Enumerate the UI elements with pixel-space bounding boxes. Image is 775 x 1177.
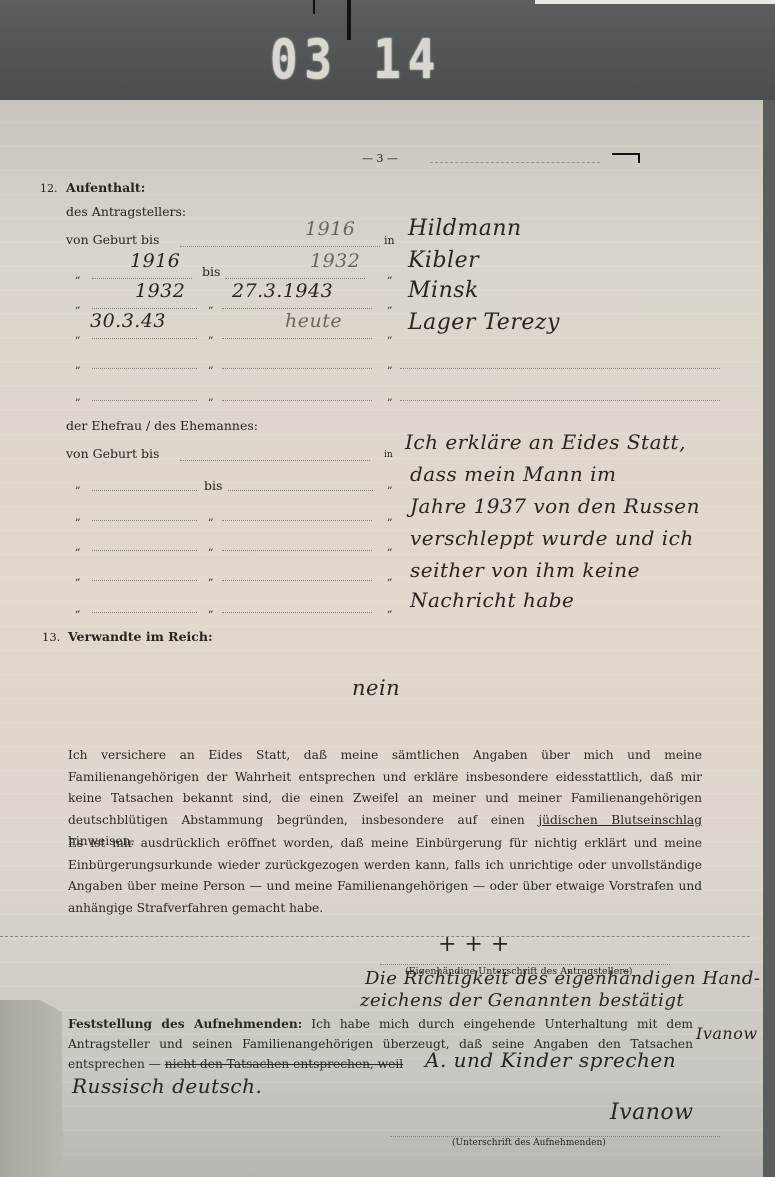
document-page: — 3 — 12. Aufenthalt: des Antragstellers… bbox=[0, 100, 763, 1177]
ditto-mark: „ bbox=[208, 298, 214, 311]
ditto-mark: „ bbox=[387, 478, 393, 491]
field-line bbox=[92, 550, 197, 551]
declaration-paragraph-2: Es ist mir ausdrücklich eröffnet worden,… bbox=[68, 833, 702, 919]
applicant-row-1-place: Hildmann bbox=[408, 216, 522, 241]
note-line: verschleppt wurde und ich bbox=[410, 526, 694, 550]
confirmation-note-line: zeichens der Genannten bestätigt bbox=[360, 990, 684, 1011]
declaration-underlined-text: jüdischen Blutseinschlag bbox=[538, 813, 702, 827]
applicant-row-3-to: 27.3.1943 bbox=[232, 280, 333, 302]
from-birth-label: von Geburt bis bbox=[66, 232, 159, 247]
film-edge bbox=[535, 0, 775, 4]
spouse-from-birth-label: von Geburt bis bbox=[66, 446, 159, 461]
film-marker bbox=[638, 153, 640, 163]
applicant-row-1-to: 1916 bbox=[305, 218, 355, 240]
ditto-mark: „ bbox=[208, 602, 214, 615]
field-line bbox=[92, 612, 197, 613]
film-marker bbox=[612, 153, 640, 155]
ditto-mark: „ bbox=[75, 298, 81, 311]
section-13-title: Verwandte im Reich: bbox=[68, 629, 213, 644]
section-12-title: Aufenthalt: bbox=[66, 180, 145, 195]
field-line bbox=[222, 368, 372, 369]
ditto-mark: „ bbox=[208, 570, 214, 583]
divider bbox=[430, 162, 600, 163]
field-line bbox=[180, 460, 370, 461]
field-line bbox=[92, 520, 197, 521]
note-line: Nachricht habe bbox=[410, 588, 574, 612]
ditto-mark: „ bbox=[75, 478, 81, 491]
ditto-mark: „ bbox=[75, 390, 81, 403]
frame-counter: 03 14 bbox=[270, 28, 442, 91]
applicant-row-4-from: 30.3.43 bbox=[90, 310, 166, 332]
field-line bbox=[92, 308, 197, 309]
field-line bbox=[92, 490, 197, 491]
section-II-handwritten-line: Russisch deutsch. bbox=[72, 1074, 262, 1098]
field-line bbox=[92, 580, 197, 581]
signature-line bbox=[380, 964, 670, 965]
ditto-mark: „ bbox=[387, 602, 393, 615]
page-number: — 3 — bbox=[362, 152, 398, 165]
ditto-mark: „ bbox=[75, 602, 81, 615]
applicant-row-3-place: Minsk bbox=[408, 278, 479, 303]
ditto-mark: „ bbox=[387, 390, 393, 403]
field-line bbox=[180, 246, 380, 247]
film-marker bbox=[313, 0, 315, 14]
field-line bbox=[222, 308, 372, 309]
note-line: dass mein Mann im bbox=[410, 462, 616, 486]
signature-line bbox=[390, 1136, 720, 1137]
ditto-mark: „ bbox=[387, 298, 393, 311]
field-line bbox=[92, 400, 197, 401]
official-signature: Ivanow bbox=[610, 1100, 693, 1125]
ditto-mark: „ bbox=[387, 570, 393, 583]
field-line bbox=[92, 278, 192, 279]
ditto-mark: „ bbox=[208, 540, 214, 553]
ditto-mark: „ bbox=[387, 328, 393, 341]
ditto-mark: „ bbox=[387, 510, 393, 523]
ditto-mark: „ bbox=[75, 358, 81, 371]
field-line bbox=[92, 338, 197, 339]
applicant-row-3-from: 1932 bbox=[135, 280, 185, 302]
field-line bbox=[222, 580, 372, 581]
note-line: Jahre 1937 von den Russen bbox=[410, 494, 700, 518]
bis-label: bis bbox=[204, 478, 222, 493]
ditto-mark: „ bbox=[208, 390, 214, 403]
section-II-title: Feststellung des Aufnehmenden: bbox=[68, 1017, 302, 1031]
section-II-handwritten-line: A. und Kinder sprechen bbox=[425, 1048, 676, 1072]
relatives-answer: nein bbox=[352, 676, 400, 700]
ditto-mark: „ bbox=[75, 510, 81, 523]
divider bbox=[0, 936, 750, 937]
ditto-mark: „ bbox=[208, 510, 214, 523]
ditto-mark: „ bbox=[75, 540, 81, 553]
field-line bbox=[228, 490, 373, 491]
field-line bbox=[222, 520, 372, 521]
margin-handwriting: Ivanow bbox=[696, 1024, 758, 1043]
confirmation-note-line: Die Richtigkeit des eigenhändigen Hand- bbox=[365, 968, 760, 989]
ditto-mark: „ bbox=[387, 358, 393, 371]
applicant-label: des Antragstellers: bbox=[66, 204, 186, 219]
field-line bbox=[400, 400, 720, 401]
struck-text: nicht den Tatsachen entsprechen, weil bbox=[165, 1057, 403, 1071]
field-line bbox=[400, 368, 720, 369]
field-line bbox=[222, 550, 372, 551]
field-line bbox=[225, 278, 365, 279]
ditto-mark: „ bbox=[387, 540, 393, 553]
in-label: in bbox=[384, 234, 395, 247]
applicant-row-2-from: 1916 bbox=[130, 250, 180, 272]
ditto-mark: „ bbox=[75, 268, 81, 281]
ditto-mark: „ bbox=[75, 328, 81, 341]
ditto-mark: „ bbox=[208, 328, 214, 341]
spouse-label: der Ehefrau / des Ehemannes: bbox=[66, 418, 258, 433]
official-signature-caption: (Unterschrift des Aufnehmenden) bbox=[452, 1138, 606, 1148]
applicant-row-2-place: Kibler bbox=[408, 248, 479, 273]
field-line bbox=[222, 612, 372, 613]
bis-label: bis bbox=[202, 264, 220, 279]
field-line bbox=[222, 338, 372, 339]
film-frame-border bbox=[763, 100, 775, 1177]
section-13-number: 13. bbox=[42, 630, 60, 644]
applicant-signature: + + + bbox=[438, 932, 510, 957]
field-line bbox=[222, 400, 372, 401]
folded-page-corner bbox=[0, 1000, 64, 1177]
note-line: seither von ihm keine bbox=[410, 558, 640, 582]
field-line bbox=[92, 368, 197, 369]
ditto-mark: „ bbox=[208, 358, 214, 371]
applicant-row-4-place: Lager Terezy bbox=[408, 310, 560, 335]
applicant-row-2-to: 1932 bbox=[310, 250, 360, 272]
ditto-mark: „ bbox=[387, 268, 393, 281]
ditto-mark: „ bbox=[75, 570, 81, 583]
note-line: Ich erkläre an Eides Statt, bbox=[405, 430, 686, 454]
section-12-number: 12. bbox=[40, 182, 58, 195]
in-label: in bbox=[384, 450, 393, 460]
applicant-row-4-to: heute bbox=[285, 310, 342, 332]
